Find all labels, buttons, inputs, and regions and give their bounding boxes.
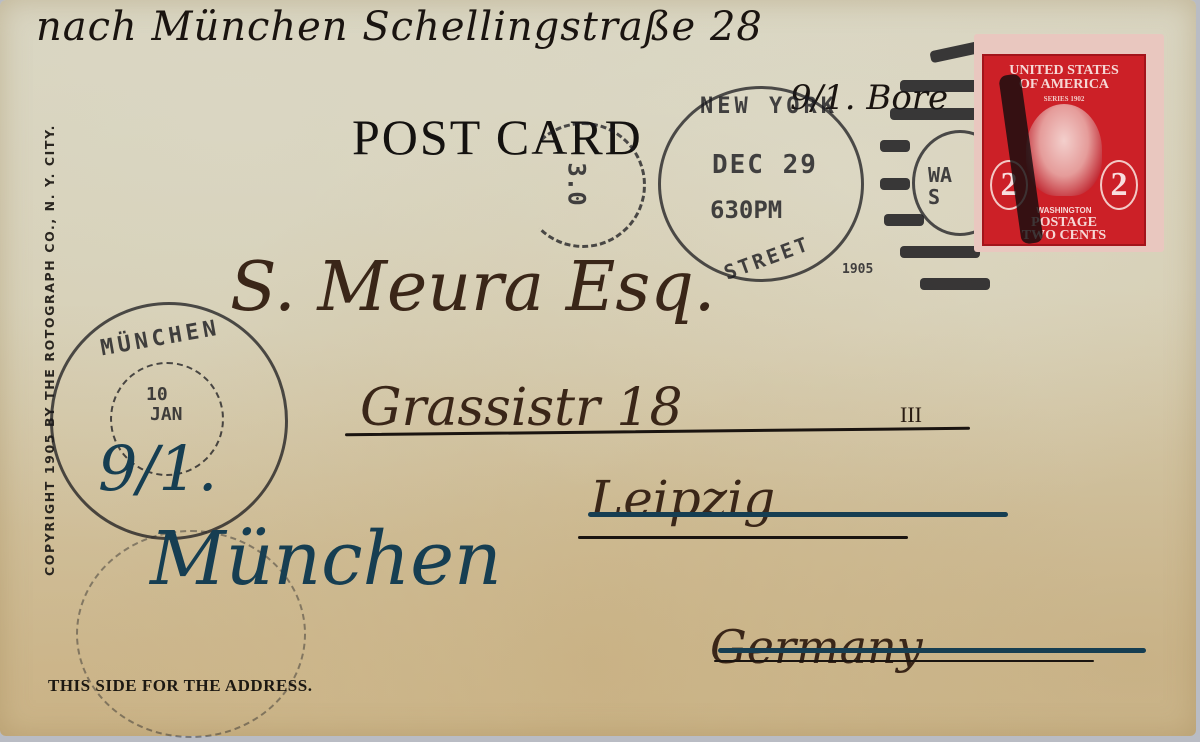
stamp-value: POSTAGE TWO CENTS [984,216,1144,242]
forward-mark: 9/1. [98,432,218,505]
side-postmark-text: 3.0 [563,162,591,205]
recipient-name: S. Meura Esq. [230,248,715,327]
stamp-value-line2: TWO CENTS [984,229,1144,242]
country-struck: Germany [710,620,923,674]
street-floor: III [900,402,922,428]
munich-postmark-month: JAN [150,404,183,425]
machine-cancel-text: WA S [928,164,968,208]
country-strike-line-blue [718,648,1146,653]
cancel-bar [884,214,924,226]
city-struck: Leipzig [590,470,775,528]
city-strike-line-blue [588,512,1008,517]
washington-portrait [1026,104,1102,196]
cancel-bar [890,108,980,120]
stamp-portrait-name: WASHINGTON [984,206,1144,215]
city-new: München [150,516,502,602]
postcard-back: nach München Schellingstraße 28 9/1. Bor… [0,0,1196,736]
country-strike-line-black [714,660,1094,662]
forwarding-address-handwriting: nach München Schellingstraße 28 [36,4,763,50]
cancel-bar [900,246,980,258]
cancel-bar [920,278,990,290]
cancel-bar [880,178,910,190]
new-york-postmark-time: 630PM [710,196,782,224]
city-strike-line-black [578,536,908,539]
new-york-postmark-year: 1905 [842,262,873,277]
new-york-postmark-top: NEW YORK [700,94,838,119]
postage-stamp: UNITED STATES OF AMERICA SERIES 1902 2 2… [974,34,1164,252]
street-struck: Grassistr 18 [360,378,683,438]
stamp-denomination-right: 2 [1100,160,1138,210]
munich-postmark-day: 10 [146,384,168,405]
cancel-bar [900,80,980,92]
new-york-postmark-date: DEC 29 [712,150,818,180]
copyright-notice: COPYRIGHT 1905 BY THE ROTOGRAPH CO., N. … [42,124,57,576]
address-side-label: THIS SIDE FOR THE ADDRESS. [48,676,312,696]
cancel-bar [880,140,910,152]
